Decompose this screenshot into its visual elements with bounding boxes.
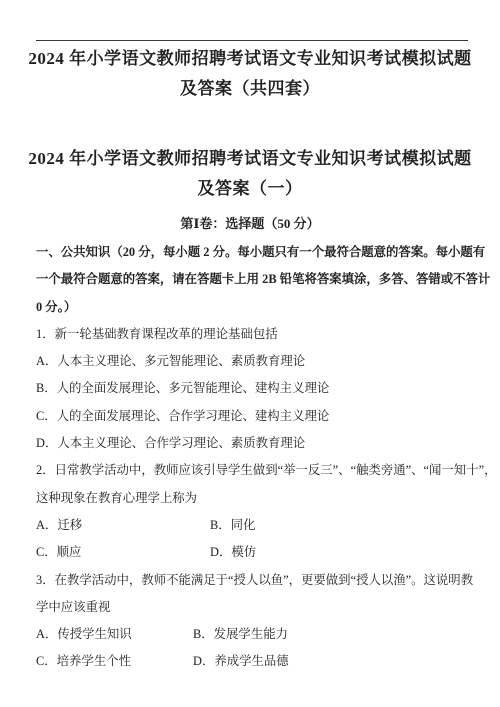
- question-1: 1．新一轮基础教育课程改革的理论基础包括 A．人本主义理论、多元智能理论、素质教…: [36, 321, 470, 457]
- cover-title-line2: 及答案（共四套）: [0, 74, 500, 104]
- question-2-stem-line1: 2．日常教学活动中，教师应该引导学生做到“举一反三”、“触类旁通”、“闻一知十”…: [36, 457, 470, 484]
- question-2-option-d: D．模仿: [210, 539, 256, 566]
- question-body: 一、公共知识（20 分，每小题 2 分。每小题只有一个最符合题意的答案。每小题有…: [36, 239, 470, 676]
- question-3-option-row: A．传授学生知识 B．发展学生能力: [36, 621, 470, 648]
- paper-title-line1: 2024 年小学语文教师招聘考试语文专业知识考试模拟试题: [0, 144, 500, 174]
- question-2-option-row: C．顺应 D．模仿: [36, 539, 470, 566]
- question-2: 2．日常教学活动中，教师应该引导学生做到“举一反三”、“触类旁通”、“闻一知十”…: [36, 457, 470, 566]
- question-1-stem: 1．新一轮基础教育课程改革的理论基础包括: [36, 321, 470, 348]
- question-3-option-row: C．培养学生个性 D．养成学生品德: [36, 648, 470, 675]
- header-divider-line: [36, 40, 468, 41]
- section-heading: 第Ⅰ卷：选择题（50 分）: [0, 214, 500, 234]
- instructions-line: 一、公共知识（20 分，每小题 2 分。每小题只有一个最符合题意的答案。每小题有: [36, 239, 470, 266]
- exam-document-page: 2024 年小学语文教师招聘考试语文专业知识考试模拟试题 及答案（共四套） 20…: [0, 0, 500, 707]
- paper-title-line2: 及答案（一）: [0, 174, 500, 204]
- question-3-stem-line2: 学中应该重视: [36, 594, 470, 621]
- part-one-instructions: 一、公共知识（20 分，每小题 2 分。每小题只有一个最符合题意的答案。每小题有…: [36, 239, 470, 321]
- paper-title: 2024 年小学语文教师招聘考试语文专业知识考试模拟试题 及答案（一）: [0, 144, 500, 204]
- question-1-option-b: B．人的全面发展理论、多元智能理论、建构主义理论: [36, 375, 470, 402]
- question-3-option-a: A．传授学生知识: [36, 621, 193, 648]
- question-2-option-a: A．迁移: [36, 512, 210, 539]
- instructions-line: 0 分。）: [36, 294, 470, 321]
- question-1-option-d: D．人本主义理论、合作学习理论、素质教育理论: [36, 430, 470, 457]
- question-3-option-b: B．发展学生能力: [193, 621, 288, 648]
- question-3-stem-line1: 3．在教学活动中，教师不能满足于“授人以鱼”，更要做到“授人以渔”。这说明教: [36, 567, 470, 594]
- question-2-option-c: C．顺应: [36, 539, 210, 566]
- question-1-option-a: A．人本主义理论、多元智能理论、素质教育理论: [36, 348, 470, 375]
- question-2-option-b: B．同化: [210, 512, 255, 539]
- cover-title: 2024 年小学语文教师招聘考试语文专业知识考试模拟试题 及答案（共四套）: [0, 44, 500, 104]
- cover-title-line1: 2024 年小学语文教师招聘考试语文专业知识考试模拟试题: [0, 44, 500, 74]
- question-2-stem-line2: 这种现象在教育心理学上称为: [36, 485, 470, 512]
- question-3-option-c: C．培养学生个性: [36, 648, 193, 675]
- instructions-line: 一个最符合题意的答案，请在答题卡上用 2B 铅笔将答案填涂，多答、答错或不答计: [36, 266, 470, 293]
- question-3: 3．在教学活动中，教师不能满足于“授人以鱼”，更要做到“授人以渔”。这说明教 学…: [36, 567, 470, 676]
- question-3-option-d: D．养成学生品德: [193, 648, 289, 675]
- question-1-option-c: C．人的全面发展理论、合作学习理论、建构主义理论: [36, 403, 470, 430]
- question-2-option-row: A．迁移 B．同化: [36, 512, 470, 539]
